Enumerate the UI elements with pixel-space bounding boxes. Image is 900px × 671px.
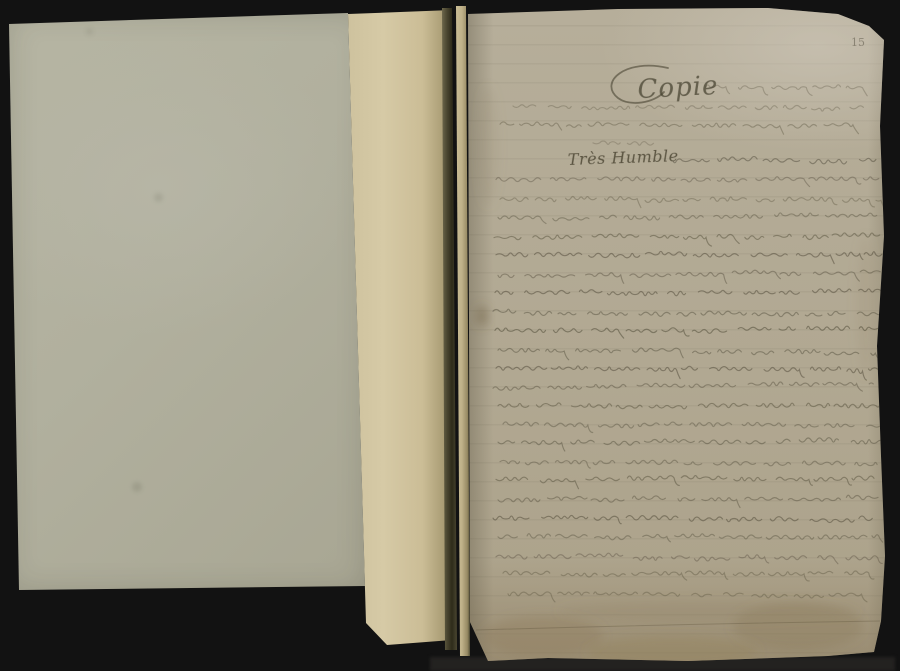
- handwriting-line: [498, 213, 877, 224]
- handwriting-line: [496, 251, 882, 263]
- handwriting-line: [496, 553, 882, 564]
- handwriting-line: [494, 233, 880, 246]
- handwriting-svg: Copie Très Humble 15: [468, 6, 889, 664]
- handwriting-line: [498, 495, 878, 507]
- stain: [154, 193, 163, 202]
- handwriting-line: [498, 403, 880, 409]
- handwriting-line: [493, 515, 872, 523]
- heading-word: Copie: [637, 71, 719, 105]
- stain: [558, 601, 858, 621]
- stain-group: [476, 86, 875, 664]
- handwriting-line: [496, 476, 874, 489]
- handwriting-line: [493, 309, 883, 316]
- stain: [478, 86, 498, 206]
- stain: [476, 306, 488, 326]
- opening-words: Très Humble: [567, 146, 678, 169]
- handwriting-line: [495, 326, 878, 338]
- handwriting-line: [503, 422, 880, 433]
- handwriting-line: [498, 270, 880, 283]
- handwriting-line: [495, 289, 881, 296]
- handwriting-line: [500, 122, 859, 134]
- handwriting-line: [513, 105, 863, 111]
- handwriting-line: [503, 571, 874, 581]
- stain: [132, 482, 142, 492]
- handwriting-line: [500, 197, 884, 209]
- handwriting-line: [706, 85, 867, 96]
- page-number: 15: [851, 36, 865, 49]
- handwriting-line: [593, 141, 654, 145]
- handwriting-line: [496, 366, 885, 380]
- handwriting-line: [508, 592, 867, 602]
- handwriting-line: [498, 534, 883, 542]
- handwriting-line: [498, 348, 879, 360]
- stain: [483, 616, 603, 656]
- manuscript-page: Copie Très Humble 15: [468, 6, 889, 664]
- blank-verso-page: [8, 12, 366, 592]
- handwriting-line: [673, 157, 876, 164]
- handwriting-lines-group: [493, 85, 887, 602]
- scan-background: Copie Très Humble 15: [0, 0, 900, 671]
- handwriting-line: [493, 382, 873, 391]
- handwriting-line: [498, 438, 887, 451]
- handwriting-line: [500, 460, 877, 468]
- handwriting-line: [496, 177, 879, 187]
- stain: [86, 28, 93, 35]
